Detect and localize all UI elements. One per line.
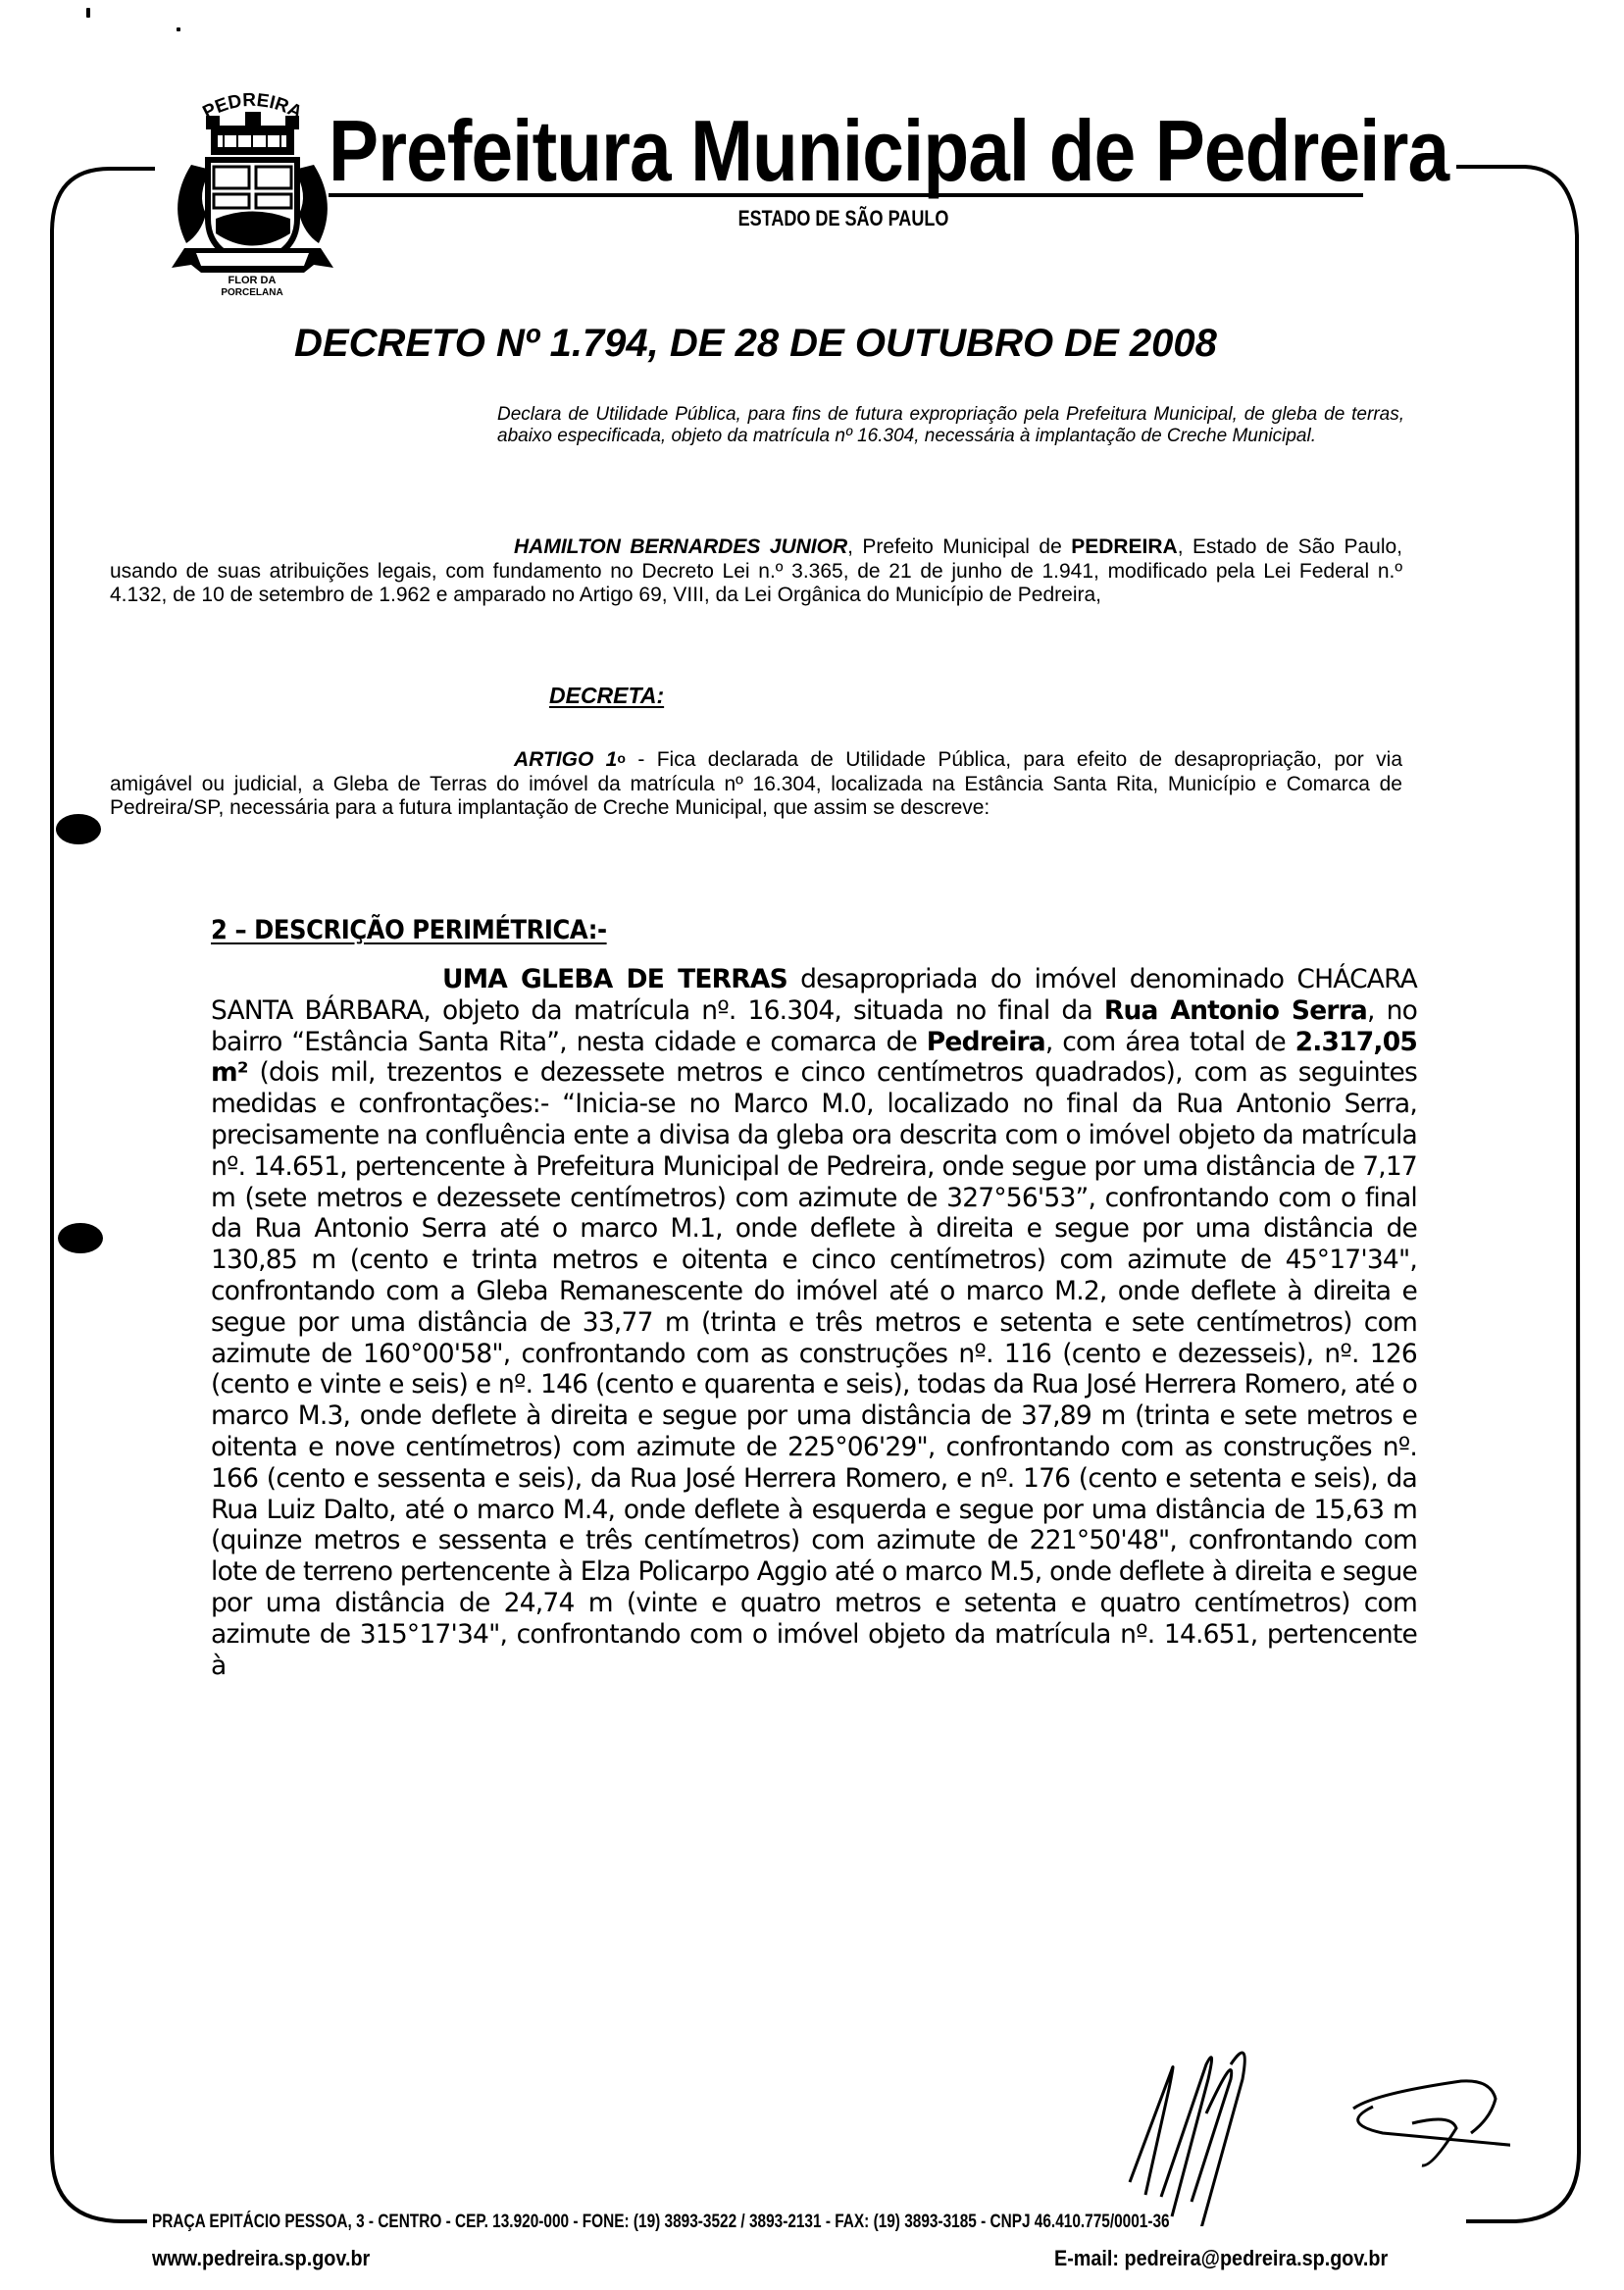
coat-of-arms-icon: PEDREIRA FLOR DA PORCELANA [157, 86, 348, 297]
decree-summary: Declara de Utilidade Pública, para fins … [497, 404, 1404, 447]
letterhead-title: Prefeitura Municipal de Pedreira [329, 106, 1230, 196]
scan-speck [86, 8, 90, 18]
svg-text:PORCELANA: PORCELANA [221, 287, 282, 297]
decree-preamble: HAMILTON BERNARDES JUNIOR, Prefeito Muni… [110, 535, 1402, 608]
footer-email-link[interactable]: E-mail: pedreira@pedreira.sp.gov.br [1054, 2246, 1388, 2271]
svg-text:FLOR DA: FLOR DA [228, 275, 277, 286]
article-1-degree: o [617, 750, 626, 766]
article-1-label: ARTIGO 1 [514, 748, 617, 771]
preamble-text-1: , Prefeito Municipal de [847, 535, 1071, 558]
decreta-heading: DECRETA: [549, 683, 664, 709]
signatures [1118, 1991, 1510, 2231]
municipal-crest-logo: PEDREIRA FLOR DA PORCELANA [157, 86, 348, 297]
perimeter-description: UMA GLEBA DE TERRAS desapropriada do imó… [211, 964, 1417, 1681]
letterhead-underline [329, 193, 1363, 197]
footer-website-link[interactable]: www.pedreira.sp.gov.br [152, 2246, 370, 2271]
letterhead-subtitle: ESTADO DE SÃO PAULO [715, 206, 972, 231]
hole-punch-mark [56, 814, 101, 844]
city-name: PEDREIRA [1071, 535, 1178, 558]
desc-part-3: , com área total de [1045, 1027, 1295, 1057]
scan-speck [177, 27, 180, 31]
section-2-heading: 2 – DESCRIÇÃO PERIMÉTRICA:- [211, 915, 607, 945]
hole-punch-mark [58, 1223, 103, 1253]
decree-title: DECRETO Nº 1.794, DE 28 DE OUTUBRO DE 20… [294, 322, 1324, 366]
article-1: ARTIGO 1o - Fica declarada de Utilidade … [110, 748, 1402, 821]
footer-address: PRAÇA EPITÁCIO PESSOA, 3 - CENTRO - CEP.… [152, 2212, 1212, 2233]
lead-bold: UMA GLEBA DE TERRAS [442, 964, 787, 994]
desc-part-4: (dois mil, trezentos e dezessete metros … [211, 1057, 1417, 1680]
street-name: Rua Antonio Serra [1104, 995, 1367, 1026]
handwritten-signature-icon [1118, 1991, 1510, 2226]
mayor-name: HAMILTON BERNARDES JUNIOR [514, 535, 847, 558]
city-bold: Pedreira [927, 1027, 1045, 1057]
article-1-text: - Fica declarada de Utilidade Pública, p… [110, 748, 1402, 819]
